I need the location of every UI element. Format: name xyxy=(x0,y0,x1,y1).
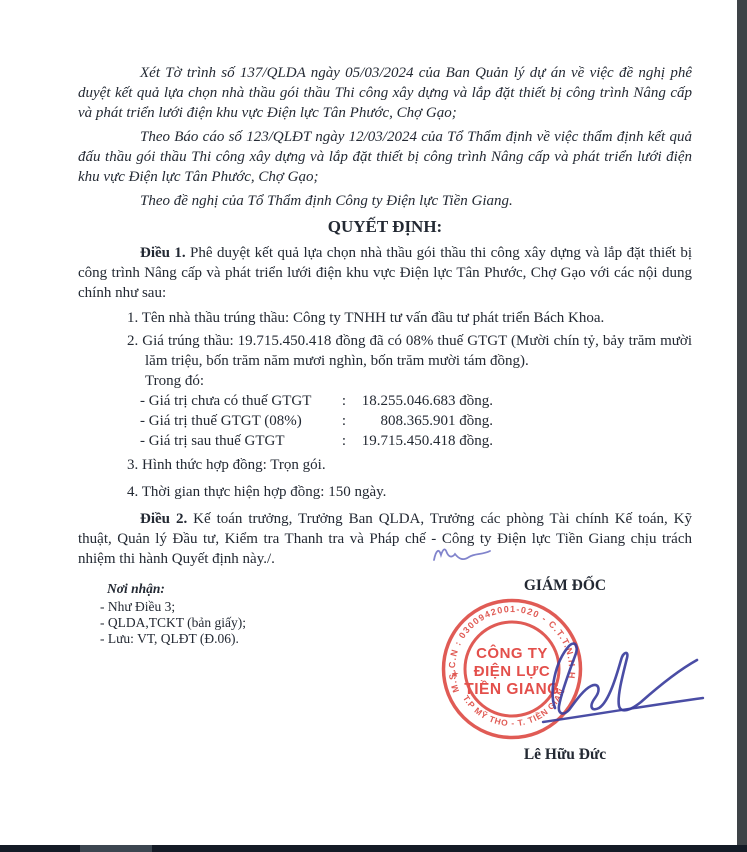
price-breakdown-table: - Giá trị chưa có thuế GTGT : 18.255.046… xyxy=(140,391,692,451)
table-row: - Giá trị sau thuế GTGT : 19.715.450.418… xyxy=(140,431,692,451)
consideration-paragraph-3: Theo đề nghị của Tổ Thẩm định Công ty Đi… xyxy=(78,191,692,211)
recipient-item: - Như Điều 3; xyxy=(100,599,246,615)
document-title: QUYẾT ĐỊNH: xyxy=(78,216,692,238)
stamp-star-icon: ★ xyxy=(451,669,459,679)
list-item: 4. Thời gian thực hiện hợp đồng: 150 ngà… xyxy=(78,482,692,502)
breakdown-colon: : xyxy=(335,391,353,411)
consideration-paragraph-1: Xét Tờ trình số 137/QLDA ngày 05/03/2024… xyxy=(78,63,692,123)
item-text: Thời gian thực hiện hợp đồng: 150 ngày. xyxy=(142,484,387,500)
handwritten-signature xyxy=(525,622,710,732)
recipient-item: - QLDA,TCKT (bản giấy); xyxy=(100,615,246,631)
signer-position-title: GIÁM ĐỐC xyxy=(455,577,675,595)
recipient-item: - Lưu: VT, QLĐT (Đ.06). xyxy=(100,631,246,647)
vertical-scrollbar-track[interactable] xyxy=(737,0,747,852)
article-2-label: Điều 2. xyxy=(140,511,187,527)
article-2: Điều 2. Kế toán trưởng, Trưởng Ban QLDA,… xyxy=(78,509,692,569)
breakdown-label: - Giá trị sau thuế GTGT xyxy=(140,431,335,451)
list-item: 1. Tên nhà thầu trúng thầu: Công ty TNHH… xyxy=(78,308,692,328)
item-number: 3. xyxy=(127,457,142,473)
breakdown-label: - Giá trị thuế GTGT (08%) xyxy=(140,411,335,431)
list-item: 2. Giá trúng thầu: 19.715.450.418 đồng đ… xyxy=(78,331,692,451)
breakdown-label: - Giá trị chưa có thuế GTGT xyxy=(140,391,335,411)
recipients-label: Nơi nhận: xyxy=(107,581,246,597)
document-body: Xét Tờ trình số 137/QLDA ngày 05/03/2024… xyxy=(78,63,692,574)
consideration-paragraph-2: Theo Báo cáo số 123/QLĐT ngày 12/03/2024… xyxy=(78,127,692,187)
recipients-block: Nơi nhận: - Như Điều 3; - QLDA,TCKT (bản… xyxy=(100,581,246,647)
item-number: 4. xyxy=(127,484,142,500)
document-page: Xét Tờ trình số 137/QLDA ngày 05/03/2024… xyxy=(0,0,737,845)
window: Xét Tờ trình số 137/QLDA ngày 05/03/2024… xyxy=(0,0,747,852)
item-number: 1. xyxy=(127,310,142,326)
item-text: Tên nhà thầu trúng thầu: Công ty TNHH tư… xyxy=(142,310,605,326)
list-item: 3. Hình thức hợp đồng: Trọn gói. xyxy=(78,455,692,475)
breakdown-amount: 808.365.901 đồng. xyxy=(353,411,493,431)
article-1: Điều 1. Phê duyệt kết quả lựa chọn nhà t… xyxy=(78,243,692,303)
breakdown-colon: : xyxy=(335,411,353,431)
item-text: Giá trúng thầu: 19.715.450.418 đồng đã c… xyxy=(142,333,692,369)
horizontal-scrollbar-thumb[interactable] xyxy=(80,845,152,852)
table-row: - Giá trị thuế GTGT (08%) : 808.365.901 … xyxy=(140,411,692,431)
article-1-label: Điều 1. xyxy=(140,245,186,261)
item-text: Hình thức hợp đồng: Trọn gói. xyxy=(142,457,326,473)
signer-name: Lê Hữu Đức xyxy=(450,746,680,764)
table-row: - Giá trị chưa có thuế GTGT : 18.255.046… xyxy=(140,391,692,411)
breakdown-colon: : xyxy=(335,431,353,451)
horizontal-scrollbar-track[interactable] xyxy=(0,845,747,852)
breakdown-intro: Trong đó: xyxy=(145,371,692,391)
breakdown-amount: 18.255.046.683 đồng. xyxy=(353,391,493,411)
initials-scribble xyxy=(430,542,494,566)
breakdown-amount: 19.715.450.418 đồng. xyxy=(353,431,493,451)
item-number: 2. xyxy=(127,333,142,349)
